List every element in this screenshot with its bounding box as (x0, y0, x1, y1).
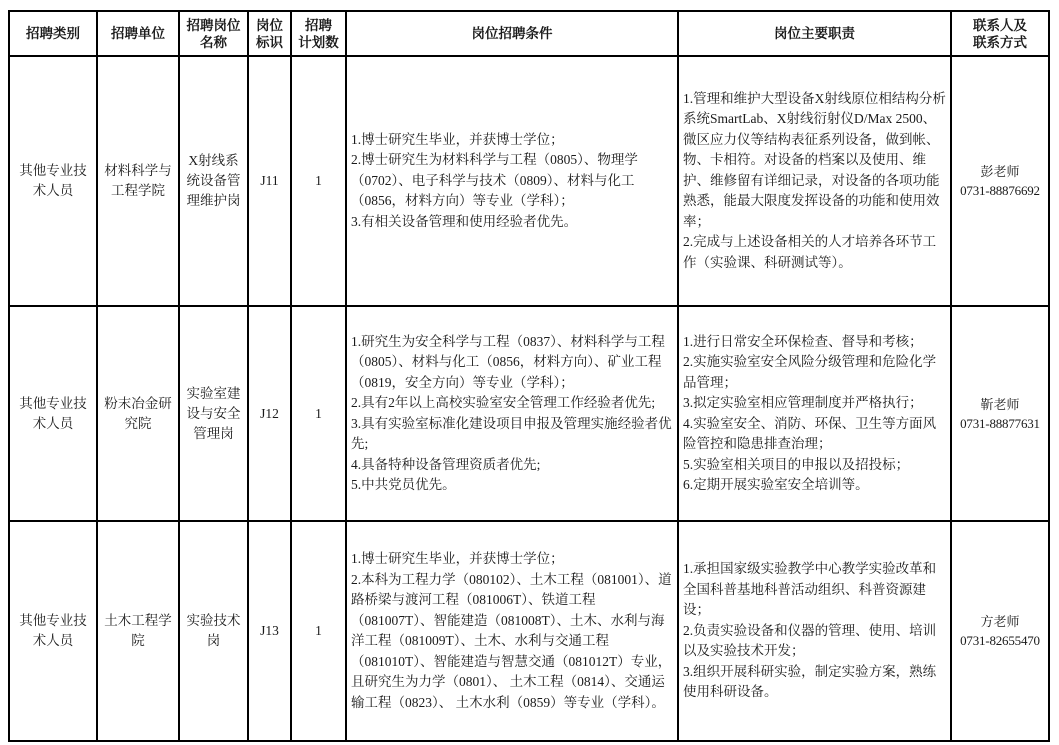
header-row: 招聘类别 招聘单位 招聘岗位 名称 岗位 标识 招聘 计划数 岗位招聘条件 岗位… (9, 11, 1049, 56)
cell-code: J13 (248, 521, 291, 741)
cell-count: 1 (291, 521, 346, 741)
contact-phone: 0731-88877631 (956, 414, 1044, 433)
cell-count: 1 (291, 306, 346, 521)
cell-category: 其他专业技术人员 (9, 521, 97, 741)
header-category: 招聘类别 (9, 11, 97, 56)
cell-contact: 方老师 0731-82655470 (951, 521, 1049, 741)
contact-name: 靳老师 (956, 395, 1044, 414)
cell-unit: 粉末冶金研究院 (97, 306, 179, 521)
cell-position: 实验室建设与安全管理岗 (179, 306, 248, 521)
contact-phone: 0731-82655470 (956, 631, 1044, 650)
header-duties: 岗位主要职责 (678, 11, 951, 56)
cell-conditions: 1.研究生为安全科学与工程（0837）、材料科学与工程（0805）、材料与化工（… (346, 306, 678, 521)
recruitment-table-page: 招聘类别 招聘单位 招聘岗位 名称 岗位 标识 招聘 计划数 岗位招聘条件 岗位… (0, 0, 1059, 745)
cell-unit: 土木工程学院 (97, 521, 179, 741)
cell-contact: 靳老师 0731-88877631 (951, 306, 1049, 521)
cell-conditions: 1.博士研究生毕业，并获博士学位； 2.博士研究生为材料科学与工程（0805）、… (346, 56, 678, 306)
table-row: 其他专业技术人员 材料科学与工程学院 X射线系统设备管理维护岗 J11 1 1.… (9, 56, 1049, 306)
contact-phone: 0731-88876692 (956, 181, 1044, 200)
header-conditions: 岗位招聘条件 (346, 11, 678, 56)
cell-category: 其他专业技术人员 (9, 306, 97, 521)
header-unit: 招聘单位 (97, 11, 179, 56)
contact-name: 彭老师 (956, 162, 1044, 181)
cell-code: J12 (248, 306, 291, 521)
header-position-code: 岗位 标识 (248, 11, 291, 56)
table-row: 其他专业技术人员 粉末冶金研究院 实验室建设与安全管理岗 J12 1 1.研究生… (9, 306, 1049, 521)
cell-conditions: 1.博士研究生毕业，并获博士学位； 2.本科为工程力学（080102）、土木工程… (346, 521, 678, 741)
cell-duties: 1.承担国家级实验教学中心教学实验改革和全国科普基地科普活动组织、科普资源建设；… (678, 521, 951, 741)
cell-duties: 1.进行日常安全环保检查、督导和考核； 2.实施实验室安全风险分级管理和危险化学… (678, 306, 951, 521)
cell-position: X射线系统设备管理维护岗 (179, 56, 248, 306)
header-position-name: 招聘岗位 名称 (179, 11, 248, 56)
header-plan-count: 招聘 计划数 (291, 11, 346, 56)
contact-name: 方老师 (956, 612, 1044, 631)
cell-code: J11 (248, 56, 291, 306)
cell-position: 实验技术岗 (179, 521, 248, 741)
table-row: 其他专业技术人员 土木工程学院 实验技术岗 J13 1 1.博士研究生毕业，并获… (9, 521, 1049, 741)
cell-contact: 彭老师 0731-88876692 (951, 56, 1049, 306)
cell-unit: 材料科学与工程学院 (97, 56, 179, 306)
cell-duties: 1.管理和维护大型设备X射线原位相结构分析系统SmartLab、X射线衍射仪D/… (678, 56, 951, 306)
cell-count: 1 (291, 56, 346, 306)
recruitment-table: 招聘类别 招聘单位 招聘岗位 名称 岗位 标识 招聘 计划数 岗位招聘条件 岗位… (8, 10, 1050, 742)
header-contact: 联系人及 联系方式 (951, 11, 1049, 56)
cell-category: 其他专业技术人员 (9, 56, 97, 306)
